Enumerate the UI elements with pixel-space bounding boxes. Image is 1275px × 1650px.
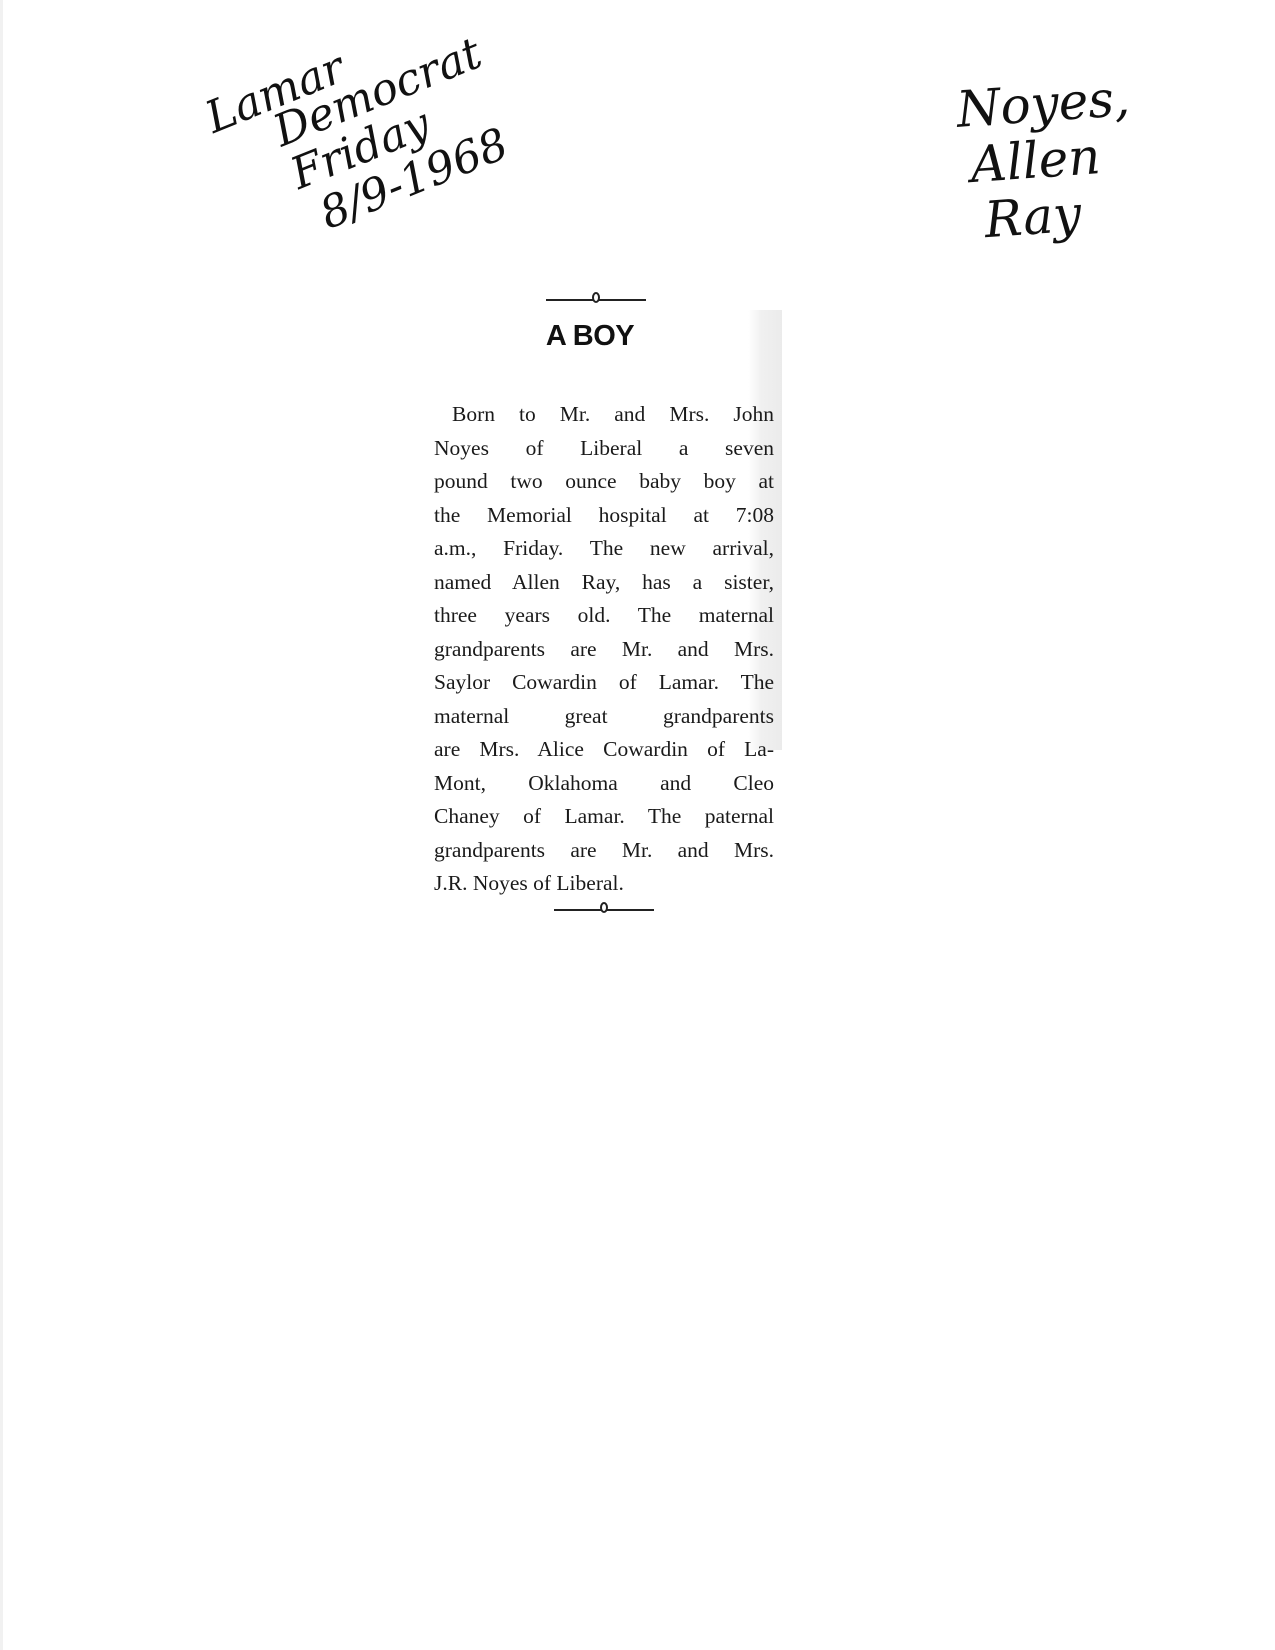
- clipping-line: named Allen Ray, has a sister,: [434, 566, 774, 600]
- clipping-headline: A BOY: [430, 320, 750, 353]
- clipping-line: Born to Mr. and Mrs. John: [434, 398, 774, 432]
- clipping-line: grandparents are Mr. and Mrs.: [434, 834, 774, 868]
- clipping-line: Chaney of Lamar. The paternal: [434, 800, 774, 834]
- clipping-line: a.m., Friday. The new arrival,: [434, 532, 774, 566]
- newspaper-clipping: A BOY Born to Mr. and Mrs. JohnNoyes of …: [430, 290, 782, 930]
- clipping-line: Noyes of Liberal a seven: [434, 432, 774, 466]
- page-edge: [0, 0, 3, 1650]
- clipping-line: three years old. The maternal: [434, 599, 774, 633]
- handwritten-line: Noyes,: [955, 73, 1131, 135]
- clipping-line: are Mrs. Alice Cowardin of La-: [434, 733, 774, 767]
- clipping-line: grandparents are Mr. and Mrs.: [434, 633, 774, 667]
- handwritten-line: Ray: [983, 185, 1139, 246]
- clipping-body: Born to Mr. and Mrs. JohnNoyes of Libera…: [434, 398, 774, 901]
- clipping-line: pound two ounce baby boy at: [434, 465, 774, 499]
- divider-ornament-bottom: [554, 902, 654, 916]
- handwritten-name-note: Noyes, Allen Ray: [955, 73, 1139, 247]
- clipping-line: maternal great grandparents: [434, 700, 774, 734]
- clipping-line: Mont, Oklahoma and Cleo: [434, 767, 774, 801]
- divider-ornament-top: [546, 292, 646, 306]
- divider-circle-icon: [600, 902, 608, 913]
- clipping-line: J.R. Noyes of Liberal.: [434, 867, 774, 901]
- clipping-line: the Memorial hospital at 7:08: [434, 499, 774, 533]
- divider-circle-icon: [592, 292, 600, 303]
- handwritten-source-note: Lamar Democrat Friday 8/9-1968: [200, 0, 523, 263]
- handwritten-line: Allen: [969, 129, 1135, 190]
- clipping-line: Saylor Cowardin of Lamar. The: [434, 666, 774, 700]
